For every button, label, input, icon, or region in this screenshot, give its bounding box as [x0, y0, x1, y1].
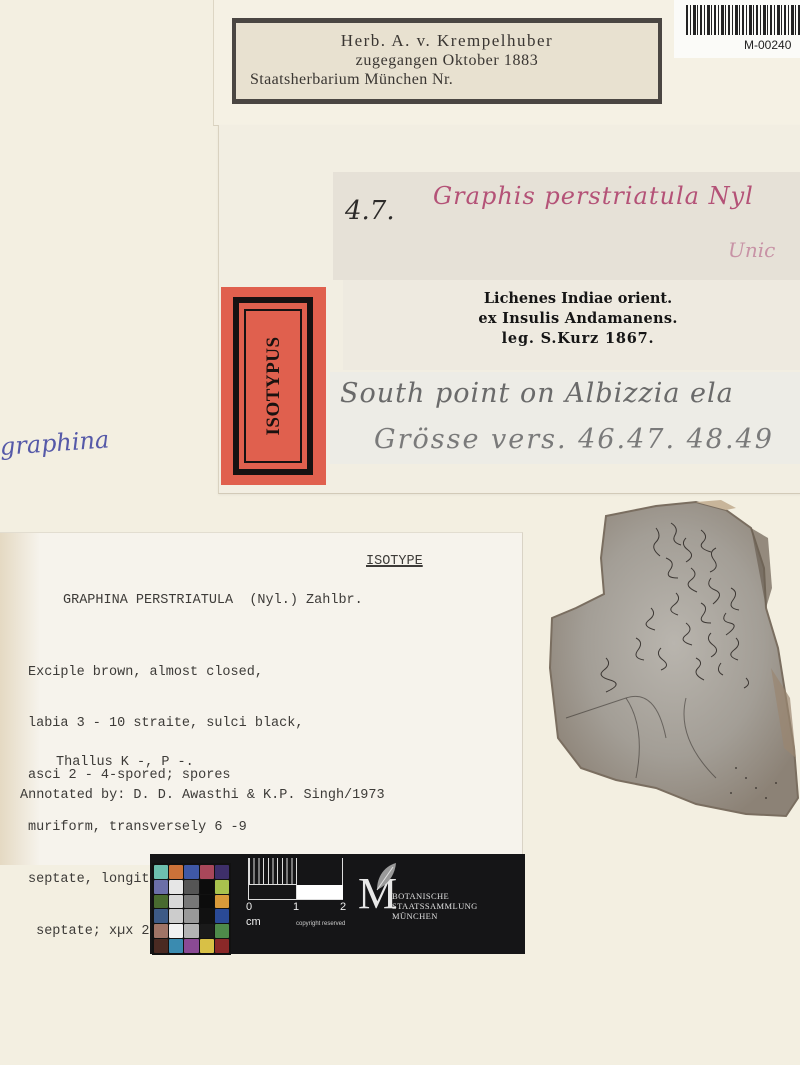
scale-ticks: [249, 858, 296, 884]
scale-block-black: [249, 885, 297, 899]
slip-chemistry: Thallus K -, P -.: [56, 755, 194, 770]
color-patch: [154, 895, 168, 909]
isotypus-type-label: ISOTYPUS: [221, 287, 326, 485]
herbarium-stamp-line3: Staatsherbarium München Nr.: [236, 71, 658, 89]
lichen-specimen-bark: [546, 498, 800, 820]
slip-description-line: labia 3 - 10 straite, sulci black,: [28, 715, 312, 732]
herbarium-stamp-label: Herb. A. v. Krempelhuber zugegangen Okto…: [232, 18, 662, 104]
pencil-note-line1: South point on Albizzia ela: [340, 378, 734, 409]
color-patch: [200, 865, 214, 879]
color-calibration-chart: [152, 863, 231, 955]
barcode-icon: [686, 5, 800, 35]
scale-block-white: [297, 885, 343, 899]
barcode-label: M-00240: [674, 0, 800, 58]
printed-locality-label: Lichenes Indiae orient. ex Insulis Andam…: [343, 280, 800, 370]
herbarium-stamp-line2: zugegangen Oktober 1883: [236, 52, 658, 70]
color-patch: [169, 880, 183, 894]
color-patch: [215, 895, 229, 909]
scale-label-0: 0: [246, 901, 252, 913]
institution-name-line3: MÜNCHEN: [392, 911, 478, 921]
color-patch: [169, 865, 183, 879]
institution-name-line2: STAATSSAMMLUNG: [392, 901, 478, 911]
scientific-name-handwritten: Graphis perstriatula Nyl: [433, 182, 754, 210]
barcode-number: M-00240: [744, 38, 791, 52]
color-patch: [200, 895, 214, 909]
pencil-notes-label: South point on Albizzia ela Grösse vers.…: [330, 372, 800, 464]
color-patch: [169, 924, 183, 938]
institution-name: BOTANISCHE STAATSSAMMLUNG MÜNCHEN: [392, 891, 478, 921]
color-patch: [169, 939, 183, 953]
slip-annotated-by: Annotated by: D. D. Awasthi & K.P. Singh…: [20, 788, 385, 803]
centimeter-scale: [248, 858, 343, 900]
printed-label-line1: Lichenes Indiae orient.: [343, 290, 800, 307]
color-patch: [215, 865, 229, 879]
printed-label-line2: ex Insulis Andamanens.: [343, 310, 800, 327]
color-patch: [215, 880, 229, 894]
color-patch: [169, 909, 183, 923]
color-patch: [184, 909, 198, 923]
color-patch: [200, 939, 214, 953]
slip-status-isotype: ISOTYPE: [366, 554, 423, 569]
herbarium-stamp-line1: Herb. A. v. Krempelhuber: [236, 31, 658, 51]
slip-taxon-name: GRAPHINA PERSTRIATULA (Nyl.) Zahlbr.: [63, 593, 363, 608]
color-patch: [169, 895, 183, 909]
scale-label-1: 1: [293, 901, 299, 913]
color-patch: [184, 880, 198, 894]
color-patch: [184, 924, 198, 938]
scale-label-2: 2: [340, 901, 346, 913]
collection-number: 4.7.: [345, 196, 395, 226]
pencil-note-line2: Grösse vers. 46.47. 48.49: [374, 424, 774, 455]
color-patch: [215, 924, 229, 938]
handwritten-annotation: Unic: [728, 238, 775, 262]
color-patch: [154, 880, 168, 894]
color-patch: [184, 939, 198, 953]
institution-name-line1: BOTANISCHE: [392, 891, 478, 901]
color-scale-card: 0 1 2 cm copyright reserved M BOTANISCHE…: [150, 854, 525, 954]
color-patch: [154, 865, 168, 879]
annotation-slip: ISOTYPE GRAPHINA PERSTRIATULA (Nyl.) Zah…: [0, 532, 523, 865]
isotypus-text: ISOTYPUS: [263, 336, 285, 435]
sheet-handwritten-genus: graphina: [0, 425, 110, 461]
color-patch: [184, 865, 198, 879]
color-patch: [200, 880, 214, 894]
copyright-text: copyright reserved: [296, 921, 345, 927]
scale-unit: cm: [246, 916, 261, 928]
printed-label-line3: leg. S.Kurz 1867.: [343, 330, 800, 347]
color-patch: [200, 924, 214, 938]
color-patch: [154, 924, 168, 938]
color-patch: [215, 909, 229, 923]
color-patch: [200, 909, 214, 923]
color-patch: [154, 939, 168, 953]
color-patch: [215, 939, 229, 953]
handwritten-name-label: 4.7. Graphis perstriatula Nyl Unic: [333, 172, 800, 280]
slip-description-line: muriform, transversely 6 -9: [28, 819, 312, 836]
color-patch: [184, 895, 198, 909]
color-patch: [154, 909, 168, 923]
slip-description-line: Exciple brown, almost closed,: [28, 664, 312, 681]
leaf-icon: [375, 862, 397, 892]
